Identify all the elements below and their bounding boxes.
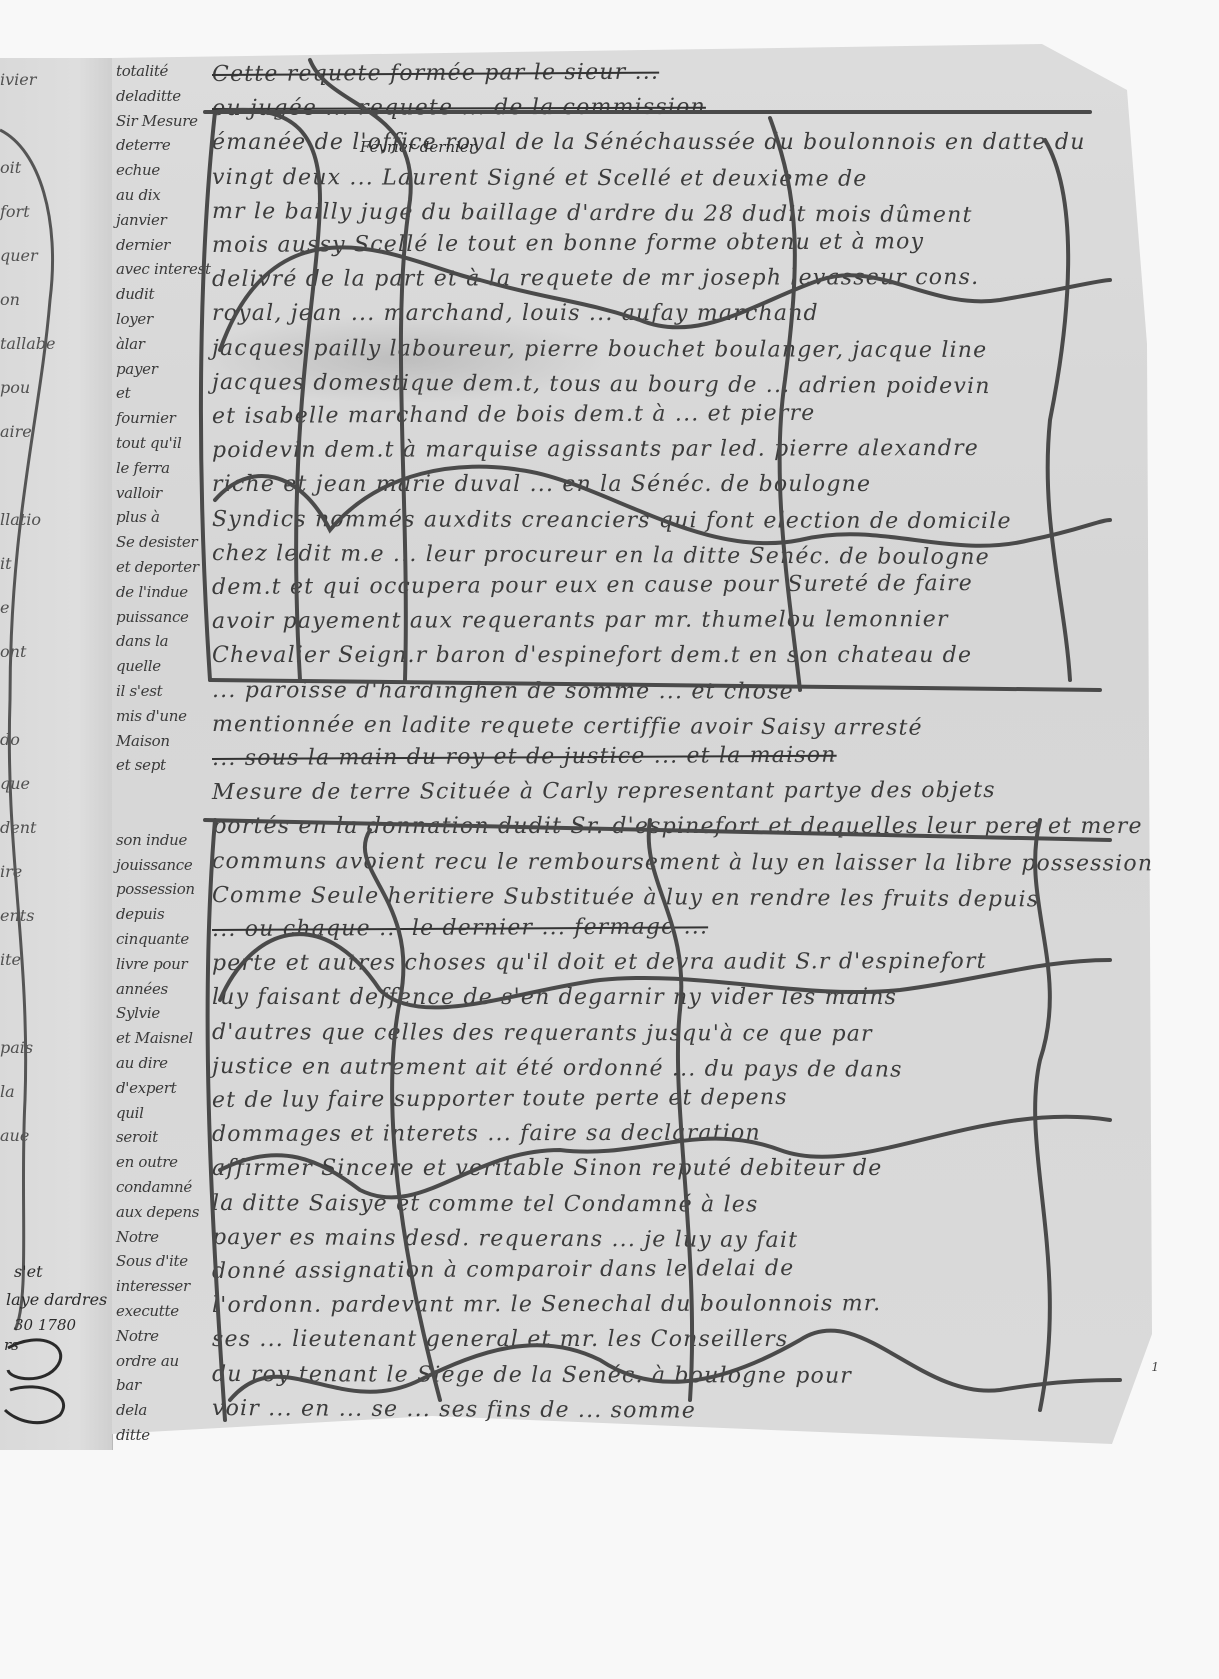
margin-note: au dire: [116, 1054, 168, 1072]
margin-note: dela: [116, 1401, 147, 1419]
margin-note: et sept: [116, 756, 166, 774]
margin-note: mis d'une: [116, 707, 187, 725]
manuscript-line: mois aussy Scellé le tout en bonne forme…: [212, 229, 924, 258]
manuscript-line: et de luy faire supporter toute perte et…: [212, 1085, 788, 1113]
margin-note: deladitte: [116, 87, 181, 105]
margin-note: interesser: [116, 1277, 190, 1295]
facing-page-fragment: que: [0, 774, 30, 793]
margin-note: ordre au: [116, 1352, 179, 1370]
margin-note: et Maisnel: [116, 1029, 193, 1047]
margin-note: années: [116, 980, 168, 998]
margin-note: totalité: [116, 62, 168, 80]
margin-note: valloir: [116, 484, 162, 502]
margin-note: au dix: [116, 186, 160, 204]
margin-note: quelle: [116, 657, 161, 675]
facing-page-fragment: fort: [0, 202, 30, 221]
margin-note: executte: [116, 1302, 179, 1320]
facing-page-fragment: aue: [0, 1126, 29, 1145]
margin-note: d'expert: [116, 1079, 176, 1097]
margin-note: et deporter: [116, 558, 199, 576]
facing-page-fragment: llatio: [0, 510, 41, 529]
manuscript-line: Syndics nommés auxdits creanciers qui fo…: [212, 507, 1012, 534]
manuscript-line: d'autres que celles des requerants jusqu…: [212, 1020, 873, 1047]
manuscript-line: ou jugée ... requete ... de la commissio…: [212, 95, 706, 121]
signature-note-1: s'et: [14, 1262, 43, 1281]
signature-note-place: laye dardres: [6, 1290, 107, 1309]
facing-page-fragment: do: [0, 730, 20, 749]
margin-note: Sir Mesure: [116, 112, 198, 130]
margin-note: son indue: [116, 831, 187, 849]
margin-note: àlar: [116, 335, 145, 353]
margin-note: payer: [116, 360, 158, 378]
margin-note: Notre: [116, 1228, 159, 1246]
margin-note: et: [116, 384, 130, 402]
manuscript-line: luy faisant deffence de s'en degarnir ny…: [212, 985, 897, 1010]
margin-note: echue: [116, 161, 160, 179]
facing-page-fragment: on: [0, 290, 20, 309]
manuscript-line: ... paroisse d'hardinghen de somme ... e…: [212, 678, 794, 705]
margin-note: le ferra: [116, 459, 170, 477]
manuscript-line: dem.t et qui occupera pour eux en cause …: [212, 571, 973, 600]
margin-note: possession: [116, 880, 195, 898]
margin-note: aux depens: [116, 1203, 199, 1221]
facing-page-fragment: ivier: [0, 70, 36, 89]
margin-note: depuis: [116, 905, 164, 923]
manuscript-line: Comme Seule heritiere Substituée à luy e…: [212, 883, 1039, 912]
manuscript-line: perte et autres choses qu'il doit et dev…: [212, 949, 987, 976]
margin-note: bar: [116, 1376, 141, 1394]
manuscript-line: payer es mains desd. requerans ... je lu…: [212, 1225, 798, 1253]
manuscript-line: poidevin dem.t à marquise agissants par …: [212, 436, 979, 463]
manuscript-line: Cette requete formée par le sieur ...: [212, 60, 659, 87]
margin-note: plus à: [116, 508, 160, 526]
facing-page-fragment: e: [0, 598, 9, 617]
manuscript-line: du roy tenant le Siege de la Senéc. à bo…: [212, 1362, 852, 1389]
facing-page-fragment: la: [0, 1082, 15, 1101]
facing-page-fragment: tallabe: [0, 334, 55, 353]
margin-note: condamné: [116, 1178, 192, 1196]
manuscript-line: voir ... en ... se ... ses fins de ... s…: [212, 1396, 696, 1424]
margin-note: en outre: [116, 1153, 178, 1171]
margin-note: deterre: [116, 136, 171, 154]
margin-note: de l'indue: [116, 583, 188, 601]
margin-note: dudit: [116, 285, 154, 303]
facing-page-fragment: pais: [0, 1038, 33, 1057]
margin-note: cinquante: [116, 930, 189, 948]
facing-page-fragment: quer: [0, 246, 38, 265]
facing-page-edge: ivieroitfortquerontallabepouairellatioit…: [0, 58, 113, 1450]
signature-note-3: rs: [4, 1336, 19, 1354]
margin-note: janvier: [116, 211, 166, 229]
margin-note: dernier: [116, 236, 170, 254]
manuscript-line: émanée de l'office royal de la Sénéchaus…: [212, 130, 1086, 155]
facing-page-fragment: it: [0, 554, 12, 573]
margin-note: Notre: [116, 1327, 159, 1345]
margin-note: jouissance: [116, 856, 192, 874]
margin-note: Sous d'ite: [116, 1252, 188, 1270]
manuscript-line: delivré de la part et à la requete de mr…: [212, 265, 979, 292]
facing-page-fragment: dent: [0, 818, 36, 837]
margin-note: tout qu'il: [116, 434, 182, 452]
manuscript-line: ... ou chaque ... le dernier ... fermage…: [212, 914, 708, 942]
margin-note: seroit: [116, 1128, 158, 1146]
manuscript-line: chez ledit m.e ... leur procureur en la …: [212, 541, 990, 570]
manuscript-line: riche et jean marie duval ... en la Séné…: [212, 472, 871, 497]
margin-note: dans la: [116, 632, 168, 650]
interlinear-insertion: Février dernier: [360, 138, 476, 156]
manuscript-line: jacques domestique dem.t, tous au bourg …: [212, 370, 991, 399]
manuscript-line: dommages et interets ... faire sa declar…: [212, 1121, 761, 1147]
manuscript-line: justice en autrement ait été ordonné ...…: [212, 1054, 903, 1083]
margin-note: quil: [116, 1104, 144, 1122]
manuscript-line: donné assignation à comparoir dans le de…: [212, 1256, 795, 1284]
margin-note: ditte: [116, 1426, 150, 1444]
manuscript-line: affirmer Sincere et veritable Sinon repu…: [212, 1156, 882, 1181]
signature-note-date: 30 1780: [14, 1316, 76, 1334]
margin-note: loyer: [116, 310, 153, 328]
facing-page-fragment: oit: [0, 158, 21, 177]
manuscript-line: ses ... lieutenant general et mr. les Co…: [212, 1327, 788, 1352]
facing-page-fragment: ents: [0, 906, 34, 925]
facing-page-fragment: ont: [0, 642, 26, 661]
manuscript-line: mr le bailly juge du baillage d'ardre du…: [212, 199, 973, 228]
margin-note: il s'est: [116, 682, 162, 700]
page-corner-mark: 1: [1151, 1360, 1159, 1374]
facing-page-fragment: pou: [0, 378, 30, 397]
margin-note: fournier: [116, 409, 176, 427]
manuscript-line: ... sous la main du roy et de justice ..…: [212, 743, 837, 771]
margin-note: Maison: [116, 732, 170, 750]
manuscript-line: et isabelle marchand de bois dem.t à ...…: [212, 401, 816, 429]
margin-note: puissance: [116, 608, 189, 626]
manuscript-line: communs avoient recu le remboursement à …: [212, 849, 1153, 876]
manuscript-line: Chevalier Seign.r baron d'espinefort dem…: [212, 643, 972, 668]
margin-note: livre pour: [116, 955, 187, 973]
margin-note: avec interest: [116, 260, 211, 278]
manuscript-line: jacques pailly laboureur, pierre bouchet…: [212, 336, 987, 363]
manuscript-line: l'ordonn. pardevant mr. le Senechal du b…: [212, 1291, 881, 1318]
manuscript-line: royal, jean ... marchand, louis ... aufa…: [212, 301, 819, 326]
manuscript-line: Mesure de terre Scituée à Carly represen…: [212, 778, 996, 805]
facing-page-fragment: ire: [0, 862, 22, 881]
facing-page-fragment: aire: [0, 422, 32, 441]
facing-page-fragment: ite: [0, 950, 21, 969]
manuscript-line: vingt deux ... Laurent Signé et Scellé e…: [212, 165, 868, 192]
manuscript-line: la ditte Saisye et comme tel Condamné à …: [212, 1191, 759, 1217]
margin-note: Se desister: [116, 533, 197, 551]
manuscript-line: mentionnée en ladite requete certiffie a…: [212, 712, 923, 741]
margin-note: Sylvie: [116, 1004, 160, 1022]
manuscript-line: portés en la donnation dudit Sr. d'espin…: [212, 814, 1143, 839]
manuscript-line: avoir payement aux requerants par mr. th…: [212, 607, 949, 634]
